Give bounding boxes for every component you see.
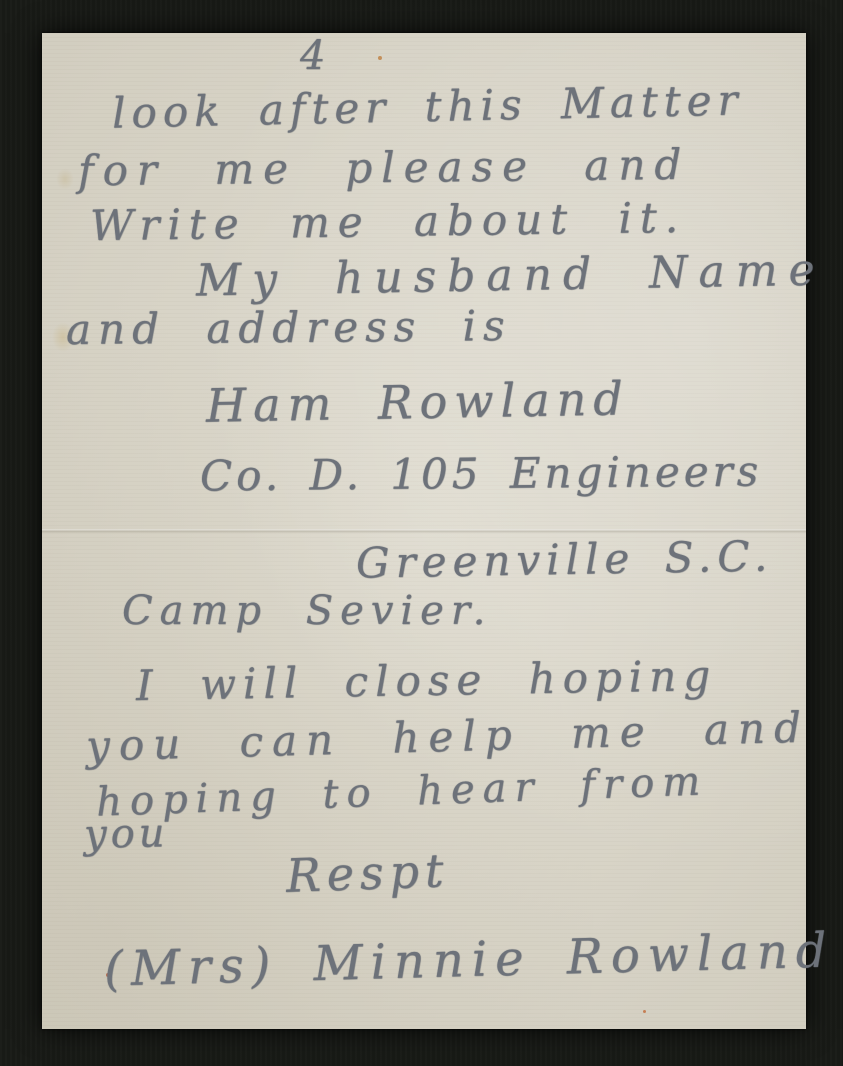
page-number: 4 <box>300 36 325 76</box>
rust-speck <box>378 56 382 60</box>
handwritten-line: look after this Matter <box>112 79 744 134</box>
handwritten-line: Camp Sevier. <box>122 591 492 631</box>
handwritten-line: My husband Name <box>196 249 826 304</box>
handwritten-line: I will close hoping <box>136 655 718 707</box>
handwritten-line: Greenville S.C. <box>356 535 774 584</box>
handwritten-line: Co. D. 105 Engineers <box>200 451 763 498</box>
handwritten-line: Ham Rowland <box>206 375 630 428</box>
closing-line: Respt <box>285 847 450 899</box>
handwritten-line: you <box>84 813 169 854</box>
letter-scan: 4 look after this Matter for me please a… <box>0 0 843 1066</box>
handwritten-line: for me please and <box>78 144 691 192</box>
handwritten-line: Write me about it. <box>90 197 687 247</box>
handwritten-line: and address is <box>66 305 512 351</box>
stain-smudge <box>56 168 74 190</box>
rust-speck <box>643 1010 646 1013</box>
